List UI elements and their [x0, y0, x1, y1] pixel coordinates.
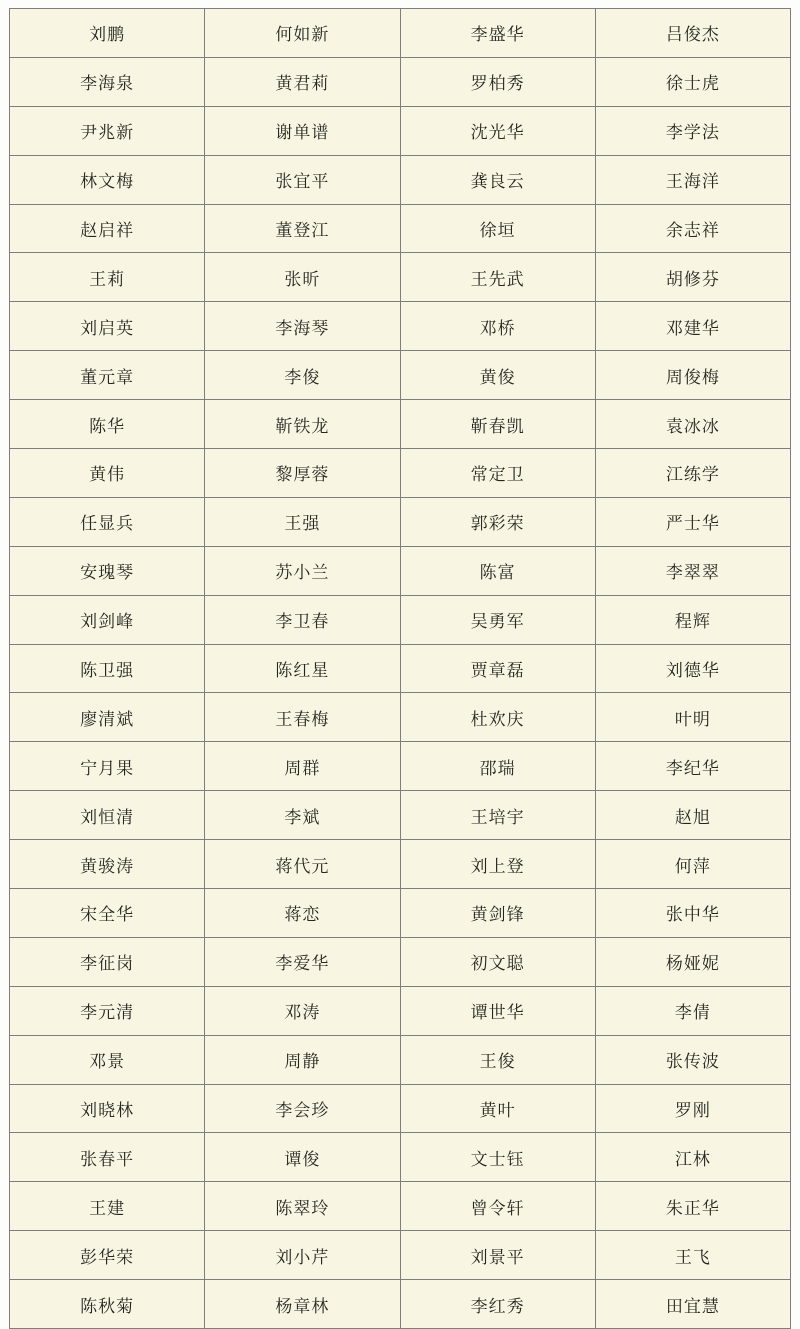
table-row: 董元章李俊黄俊周俊梅 — [10, 351, 791, 400]
table-row: 王莉张昕王先武胡修芬 — [10, 253, 791, 302]
table-row: 陈华靳铁龙靳春凯袁冰冰 — [10, 400, 791, 449]
table-row: 王建陈翠玲曾令轩朱正华 — [10, 1182, 791, 1231]
name-cell: 李盛华 — [400, 9, 595, 58]
name-cell: 江练学 — [595, 449, 790, 498]
table-row: 黄伟黎厚蓉常定卫江练学 — [10, 449, 791, 498]
name-cell: 严士华 — [595, 497, 790, 546]
name-cell: 黄剑锋 — [400, 889, 595, 938]
name-cell: 江林 — [595, 1133, 790, 1182]
name-cell: 袁冰冰 — [595, 400, 790, 449]
page: 刘鹏何如新李盛华吕俊杰李海泉黄君莉罗柏秀徐士虎尹兆新谢单谱沈光华李学法林文梅张宜… — [0, 0, 800, 1286]
name-cell: 周静 — [205, 1035, 400, 1084]
name-cell: 曾令轩 — [400, 1182, 595, 1231]
name-cell: 张春平 — [10, 1133, 205, 1182]
name-cell: 李学法 — [595, 106, 790, 155]
name-cell: 王建 — [10, 1182, 205, 1231]
name-cell: 刘德华 — [595, 644, 790, 693]
name-cell: 李海泉 — [10, 57, 205, 106]
table-row: 李海泉黄君莉罗柏秀徐士虎 — [10, 57, 791, 106]
name-cell: 何萍 — [595, 840, 790, 889]
table-row: 陈卫强陈红星贾章磊刘德华 — [10, 644, 791, 693]
name-cell: 何如新 — [205, 9, 400, 58]
name-cell: 李纪华 — [595, 742, 790, 791]
name-cell: 文士钰 — [400, 1133, 595, 1182]
name-cell: 黄伟 — [10, 449, 205, 498]
name-cell: 龚良云 — [400, 155, 595, 204]
name-cell: 邓涛 — [205, 986, 400, 1035]
name-cell: 邓建华 — [595, 302, 790, 351]
name-cell: 黄骏涛 — [10, 840, 205, 889]
name-cell: 靳铁龙 — [205, 400, 400, 449]
table-row: 李元清邓涛谭世华李倩 — [10, 986, 791, 1035]
name-cell: 杜欢庆 — [400, 693, 595, 742]
name-cell: 董元章 — [10, 351, 205, 400]
name-cell: 刘恒清 — [10, 791, 205, 840]
name-cell: 陈富 — [400, 546, 595, 595]
name-cell: 李海琴 — [205, 302, 400, 351]
table-row: 尹兆新谢单谱沈光华李学法 — [10, 106, 791, 155]
name-cell: 吕俊杰 — [595, 9, 790, 58]
name-cell: 郭彩荣 — [400, 497, 595, 546]
table-row: 邓景周静王俊张传波 — [10, 1035, 791, 1084]
name-cell: 余志祥 — [595, 204, 790, 253]
name-cell: 胡修芬 — [595, 253, 790, 302]
name-cell: 王强 — [205, 497, 400, 546]
name-cell: 徐垣 — [400, 204, 595, 253]
name-cell: 刘鹏 — [10, 9, 205, 58]
name-cell: 张宜平 — [205, 155, 400, 204]
name-cell: 谢单谱 — [205, 106, 400, 155]
name-cell: 黄叶 — [400, 1084, 595, 1133]
name-cell: 田宜慧 — [595, 1280, 790, 1329]
table-row: 任显兵王强郭彩荣严士华 — [10, 497, 791, 546]
name-cell: 张中华 — [595, 889, 790, 938]
name-cell: 王先武 — [400, 253, 595, 302]
name-cell: 李翠翠 — [595, 546, 790, 595]
name-cell: 任显兵 — [10, 497, 205, 546]
name-cell: 王飞 — [595, 1231, 790, 1280]
name-cell: 王俊 — [400, 1035, 595, 1084]
name-cell: 董登江 — [205, 204, 400, 253]
name-cell: 刘上登 — [400, 840, 595, 889]
name-cell: 邵瑞 — [400, 742, 595, 791]
name-cell: 谭俊 — [205, 1133, 400, 1182]
name-cell: 宁月果 — [10, 742, 205, 791]
name-cell: 安瑰琴 — [10, 546, 205, 595]
name-cell: 彭华荣 — [10, 1231, 205, 1280]
name-cell: 苏小兰 — [205, 546, 400, 595]
table-row: 赵启祥董登江徐垣余志祥 — [10, 204, 791, 253]
name-cell: 赵启祥 — [10, 204, 205, 253]
name-cell: 李会珍 — [205, 1084, 400, 1133]
table-row: 安瑰琴苏小兰陈富李翠翠 — [10, 546, 791, 595]
name-cell: 张昕 — [205, 253, 400, 302]
name-cell: 罗刚 — [595, 1084, 790, 1133]
name-cell: 靳春凯 — [400, 400, 595, 449]
name-table-body: 刘鹏何如新李盛华吕俊杰李海泉黄君莉罗柏秀徐士虎尹兆新谢单谱沈光华李学法林文梅张宜… — [10, 9, 791, 1329]
name-cell: 谭世华 — [400, 986, 595, 1035]
name-cell: 李俊 — [205, 351, 400, 400]
name-cell: 王海洋 — [595, 155, 790, 204]
name-cell: 周群 — [205, 742, 400, 791]
name-cell: 王莉 — [10, 253, 205, 302]
name-cell: 蒋恋 — [205, 889, 400, 938]
name-cell: 刘晓林 — [10, 1084, 205, 1133]
name-cell: 尹兆新 — [10, 106, 205, 155]
table-row: 李征岗李爱华初文聪杨娅妮 — [10, 937, 791, 986]
name-cell: 蒋代元 — [205, 840, 400, 889]
name-cell: 陈华 — [10, 400, 205, 449]
name-cell: 杨章林 — [205, 1280, 400, 1329]
table-row: 林文梅张宜平龚良云王海洋 — [10, 155, 791, 204]
name-cell: 程辉 — [595, 595, 790, 644]
name-cell: 朱正华 — [595, 1182, 790, 1231]
name-cell: 黄俊 — [400, 351, 595, 400]
name-cell: 刘景平 — [400, 1231, 595, 1280]
name-cell: 李元清 — [10, 986, 205, 1035]
name-cell: 张传波 — [595, 1035, 790, 1084]
name-cell: 初文聪 — [400, 937, 595, 986]
table-row: 宋全华蒋恋黄剑锋张中华 — [10, 889, 791, 938]
table-row: 刘剑峰李卫春吴勇军程辉 — [10, 595, 791, 644]
name-cell: 廖清斌 — [10, 693, 205, 742]
name-cell: 陈翠玲 — [205, 1182, 400, 1231]
table-row: 宁月果周群邵瑞李纪华 — [10, 742, 791, 791]
name-cell: 刘启英 — [10, 302, 205, 351]
table-row: 廖清斌王春梅杜欢庆叶明 — [10, 693, 791, 742]
name-cell: 刘剑峰 — [10, 595, 205, 644]
name-cell: 李倩 — [595, 986, 790, 1035]
name-cell: 王培宇 — [400, 791, 595, 840]
name-cell: 常定卫 — [400, 449, 595, 498]
table-row: 刘鹏何如新李盛华吕俊杰 — [10, 9, 791, 58]
table-row: 彭华荣刘小芹刘景平王飞 — [10, 1231, 791, 1280]
name-cell: 杨娅妮 — [595, 937, 790, 986]
name-cell: 邓桥 — [400, 302, 595, 351]
name-cell: 叶明 — [595, 693, 790, 742]
name-cell: 王春梅 — [205, 693, 400, 742]
table-row: 陈秋菊杨章林李红秀田宜慧 — [10, 1280, 791, 1329]
name-cell: 陈秋菊 — [10, 1280, 205, 1329]
table-row: 黄骏涛蒋代元刘上登何萍 — [10, 840, 791, 889]
name-cell: 罗柏秀 — [400, 57, 595, 106]
name-cell: 沈光华 — [400, 106, 595, 155]
name-cell: 贾章磊 — [400, 644, 595, 693]
name-cell: 李征岗 — [10, 937, 205, 986]
name-cell: 黎厚蓉 — [205, 449, 400, 498]
table-row: 张春平谭俊文士钰江林 — [10, 1133, 791, 1182]
table-row: 刘启英李海琴邓桥邓建华 — [10, 302, 791, 351]
name-cell: 徐士虎 — [595, 57, 790, 106]
name-cell: 李卫春 — [205, 595, 400, 644]
name-cell: 李爱华 — [205, 937, 400, 986]
name-cell: 刘小芹 — [205, 1231, 400, 1280]
name-cell: 林文梅 — [10, 155, 205, 204]
name-cell: 邓景 — [10, 1035, 205, 1084]
name-cell: 李红秀 — [400, 1280, 595, 1329]
table-row: 刘恒清李斌王培宇赵旭 — [10, 791, 791, 840]
name-cell: 陈卫强 — [10, 644, 205, 693]
name-cell: 吴勇军 — [400, 595, 595, 644]
name-cell: 李斌 — [205, 791, 400, 840]
name-cell: 赵旭 — [595, 791, 790, 840]
name-cell: 陈红星 — [205, 644, 400, 693]
name-cell: 宋全华 — [10, 889, 205, 938]
name-table: 刘鹏何如新李盛华吕俊杰李海泉黄君莉罗柏秀徐士虎尹兆新谢单谱沈光华李学法林文梅张宜… — [9, 8, 791, 1329]
name-cell: 周俊梅 — [595, 351, 790, 400]
table-row: 刘晓林李会珍黄叶罗刚 — [10, 1084, 791, 1133]
name-cell: 黄君莉 — [205, 57, 400, 106]
